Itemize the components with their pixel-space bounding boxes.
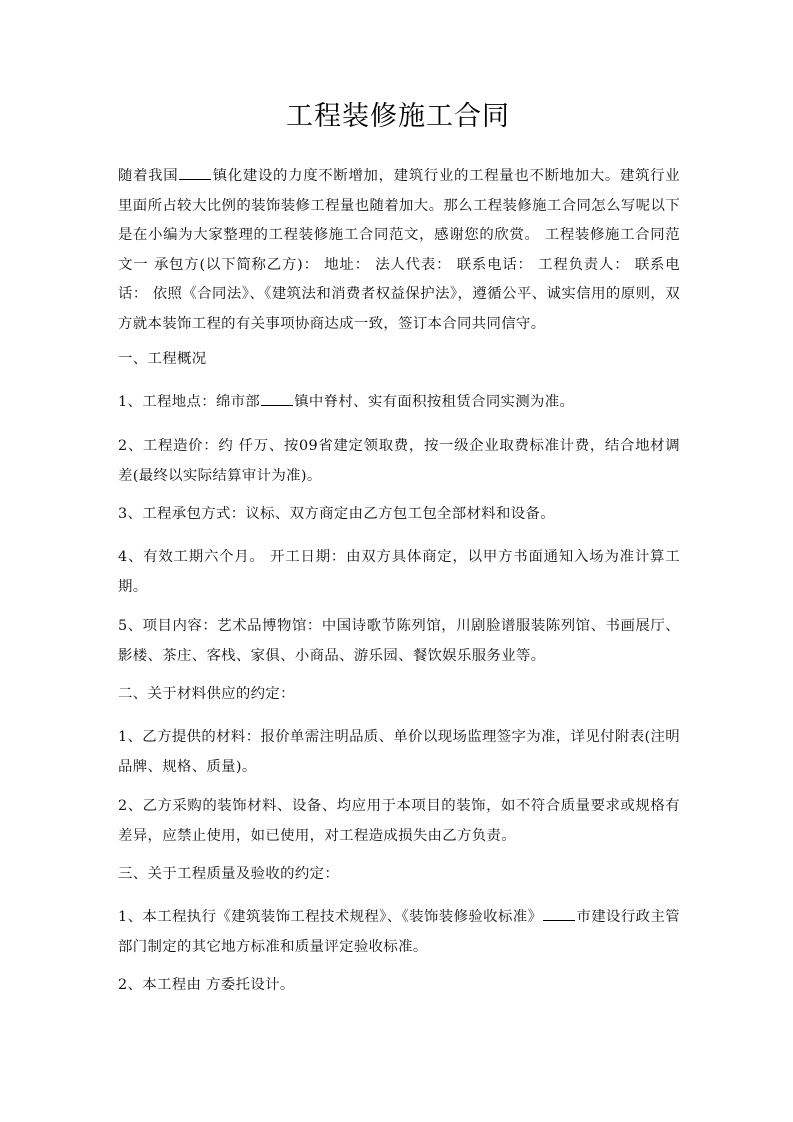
section-1-item-2: 2、工程造价：约 仟万、按09省建定领取费，按一级企业取费标准计费，结合地材调差… <box>118 432 680 491</box>
section-1-item-5: 5、项目内容：艺术品博物馆：中国诗歌节陈列馆，川剧脸谱服装陈列馆、书画展厅、影楼… <box>118 612 680 671</box>
section-heading-2: 二、关于材料供应的约定： <box>118 680 680 710</box>
item-text-part1: 1、本工程执行《建筑装饰工程技术规程》、《装饰装修验收标准》 <box>118 909 542 925</box>
section-1-item-3: 3、工程承包方式：议标、双方商定由乙方包工包全部材料和设备。 <box>118 500 680 530</box>
blank-underline <box>179 165 211 180</box>
section-1-item-4: 4、有效工期六个月。 开工日期：由双方具体商定，以甲方书面通知入场为准计算工期。 <box>118 543 680 602</box>
item-text-part2: 镇中脊村、实有面积按租赁合同实测为准。 <box>294 394 574 410</box>
blank-underline <box>261 391 293 406</box>
intro-text-part2: 镇化建设的力度不断增加，建筑行业的工程量也不断地加大。建筑行业里面所占较大比例的… <box>118 168 680 332</box>
item-text-part1: 1、工程地点：绵市部 <box>118 394 260 410</box>
intro-text-part1: 随着我国 <box>118 168 178 184</box>
section-2-item-2: 2、乙方采购的装饰材料、设备、均应用于本项目的装饰，如不符合质量要求或规格有差异… <box>118 792 680 851</box>
section-1-item-1: 1、工程地点：绵市部镇中脊村、实有面积按租赁合同实测为准。 <box>118 388 680 418</box>
document-title: 工程装修施工合同 <box>118 94 678 133</box>
section-3-item-2: 2、本工程由 方委托设计。 <box>118 971 680 1001</box>
section-2-item-1: 1、乙方提供的材料：报价单需注明品质、单价以现场监理签字为准，详见付附表(注明品… <box>118 723 680 782</box>
blank-underline <box>543 906 575 921</box>
section-3-item-1: 1、本工程执行《建筑装饰工程技术规程》、《装饰装修验收标准》市建设行政主管部门制… <box>118 903 680 962</box>
intro-paragraph: 随着我国镇化建设的力度不断增加，建筑行业的工程量也不断地加大。建筑行业里面所占较… <box>118 162 680 339</box>
section-heading-3: 三、关于工程质量及验收的约定： <box>118 860 680 890</box>
section-heading-1: 一、工程概况 <box>118 345 680 375</box>
